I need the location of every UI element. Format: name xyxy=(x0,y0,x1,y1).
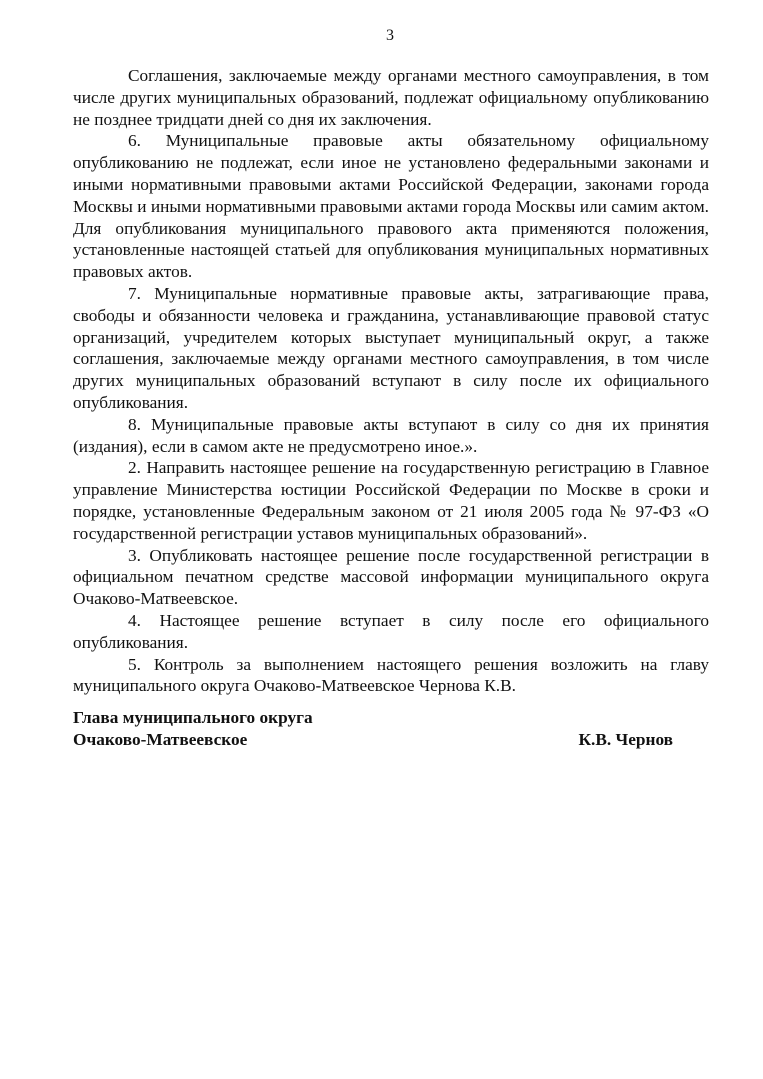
paragraph-decision-5: 5. Контроль за выполнением настоящего ре… xyxy=(73,654,709,698)
signatory-name: К.В. Чернов xyxy=(579,729,673,751)
paragraph-agreements-publication: Соглашения, заключаемые между органами м… xyxy=(73,65,709,130)
paragraph-decision-2: 2. Направить настоящее решение на госуда… xyxy=(73,457,709,544)
document-body: Соглашения, заключаемые между органами м… xyxy=(73,65,709,697)
page-number: 3 xyxy=(0,27,763,45)
paragraph-item-7: 7. Муниципальные нормативные правовые ак… xyxy=(73,283,709,414)
paragraph-item-6: 6. Муниципальные правовые акты обязатель… xyxy=(73,130,709,283)
paragraph-item-8: 8. Муниципальные правовые акты вступают … xyxy=(73,414,709,458)
signature-title-line1: Глава муниципального округа xyxy=(73,707,673,729)
signature-row: Очаково-Матвеевское К.В. Чернов xyxy=(73,729,673,751)
signature-block: Глава муниципального округа Очаково-Матв… xyxy=(73,707,673,751)
document-page: 3 Соглашения, заключаемые между органами… xyxy=(0,0,763,1079)
paragraph-decision-4: 4. Настоящее решение вступает в силу пос… xyxy=(73,610,709,654)
signature-title-line2: Очаково-Матвеевское xyxy=(73,729,247,751)
paragraph-decision-3: 3. Опубликовать настоящее решение после … xyxy=(73,545,709,610)
